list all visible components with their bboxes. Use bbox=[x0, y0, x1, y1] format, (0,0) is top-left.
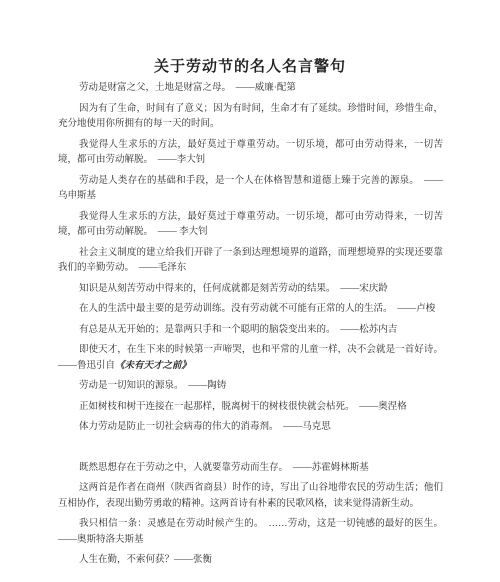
paragraph: 既然思想存在于劳动之中，人就要靠劳动而生存。 ——苏霍姆林斯基 bbox=[58, 461, 443, 477]
paragraph: 社会主义制度的建立给我们开辟了一条到达理想境界的道路，而理想境界的实现还要靠我们… bbox=[58, 246, 443, 277]
paragraph: 有总是从无开始的；是靠两只手和一个聪明的脑袋变出来的。 ——松苏内吉 bbox=[58, 323, 443, 339]
paragraph: 知识是从刻苦劳动中得来的，任何成就都是刻苦劳动的结果。 ——宋庆龄 bbox=[58, 282, 443, 298]
paragraph: 我觉得人生求乐的方法，最好莫过于尊重劳动。一切乐境，都可由劳动得来，一切苦境，都… bbox=[58, 210, 443, 241]
text-run: 既然思想存在于劳动之中，人就要靠劳动而生存。 ——苏霍姆林斯基 bbox=[79, 463, 369, 473]
text-run: 人生在勤，不索何获？——张衡 bbox=[79, 555, 212, 565]
paragraph: 劳动是一切知识的源泉。 ——陶铸 bbox=[58, 379, 443, 395]
paragraph: 正如树枝和树干连接在一起那样，脱离树干的树枝很快就会枯死。 ——奥涅格 bbox=[58, 400, 443, 416]
paragraph: 我只相信一条：灵感是在劳动时候产生的。 ……劳动，这是一切钝感的最好的医生。——… bbox=[58, 517, 443, 548]
text-run: 正如树枝和树干连接在一起那样，脱离树干的树枝很快就会枯死。 ——奥涅格 bbox=[79, 402, 407, 412]
document-page: 关于劳动节的名人名言警句 劳动是财富之父，土地是财富之母。 ——威廉·配第因为有… bbox=[0, 0, 500, 582]
paragraph: 我觉得人生求乐的方法，最好莫过于尊重劳动。一切乐境，都可由劳动得来，一切苦境，都… bbox=[58, 138, 443, 169]
text-run: 因为有了生命，时间有了意义；因为有时间，生命才有了延续。珍惜时间，珍惜生命，充分… bbox=[58, 104, 443, 130]
document-body: 劳动是财富之父，土地是财富之母。 ——威廉·配第因为有了生命，时间有了意义；因为… bbox=[58, 81, 443, 569]
document-title: 关于劳动节的名人名言警句 bbox=[0, 58, 500, 76]
text-run: 我觉得人生求乐的方法，最好莫过于尊重劳动。一切乐境，都可由劳动得来，一切苦境，都… bbox=[58, 212, 443, 238]
text-run: 劳动是人类存在的基础和手段，是一个人在体格智慧和道德上臻于完善的源泉。 ——乌申… bbox=[58, 176, 443, 202]
text-run: 体力劳动是防止一切社会病毒的伟大的消毒剂。 ——马克思 bbox=[79, 422, 331, 432]
paragraph: 劳动是人类存在的基础和手段，是一个人在体格智慧和道德上臻于完善的源泉。 ——乌申… bbox=[58, 174, 443, 205]
book-title-text: 《未有天才之前》 bbox=[115, 361, 191, 371]
text-run: 我只相信一条：灵感是在劳动时候产生的。 ……劳动，这是一切钝感的最好的医生。——… bbox=[58, 519, 443, 545]
text-run: 劳动是一切知识的源泉。 ——陶铸 bbox=[79, 381, 226, 391]
text-run: 社会主义制度的建立给我们开辟了一条到达理想境界的道路，而理想境界的实现还要靠我们… bbox=[58, 248, 443, 274]
text-run: 在人的生活中最主要的是劳动训练。没有劳动就不可能有正常的人的生活。 ——卢梭 bbox=[79, 304, 435, 314]
paragraph: 体力劳动是防止一切社会病毒的伟大的消毒剂。 ——马克思 bbox=[58, 420, 443, 436]
text-run: 这两首是作者在商州（陕西省商县）时作的诗，写出了山谷地带农民的劳动生活；他们互相… bbox=[58, 483, 443, 509]
paragraph: 劳动是财富之父，土地是财富之母。 ——威廉·配第 bbox=[58, 81, 443, 97]
paragraph: 人生在勤，不索何获？——张衡 bbox=[58, 553, 443, 569]
text-run: 知识是从刻苦劳动中得来的，任何成就都是刻苦劳动的结果。 ——宋庆龄 bbox=[79, 284, 388, 294]
text-run: 劳动是财富之父，土地是财富之母。 ——威廉·配第 bbox=[79, 83, 296, 93]
paragraph: 因为有了生命，时间有了意义；因为有时间，生命才有了延续。珍惜时间，珍惜生命，充分… bbox=[58, 102, 443, 133]
paragraph: 这两首是作者在商州（陕西省商县）时作的诗，写出了山谷地带农民的劳动生活；他们互相… bbox=[58, 481, 443, 512]
paragraph: 在人的生活中最主要的是劳动训练。没有劳动就不可能有正常的人的生活。 ——卢梭 bbox=[58, 302, 443, 318]
text-run: 我觉得人生求乐的方法，最好莫过于尊重劳动。一切乐境，都可由劳动得来，一切苦境，都… bbox=[58, 140, 443, 166]
paragraph: 即使天才，在生下来的时候第一声啼哭，也和平常的儿童一样，决不会就是一首好诗。——… bbox=[58, 343, 443, 374]
text-run: 有总是从无开始的；是靠两只手和一个聪明的脑袋变出来的。 ——松苏内吉 bbox=[79, 325, 397, 335]
